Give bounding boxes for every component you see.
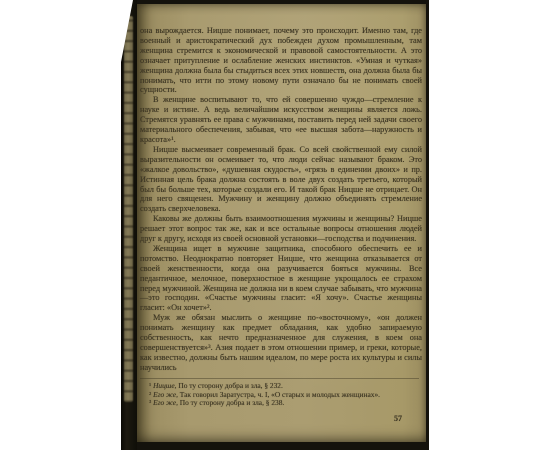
footnote-marker: ² <box>149 390 151 399</box>
paragraph: Каковы же должны быть взаимоотношения му… <box>140 214 422 244</box>
page-text: она вырождается. Ницше понимает, почему … <box>140 26 422 408</box>
footnote-marker: ¹ <box>149 381 151 390</box>
book-page: она вырождается. Ницше понимает, почему … <box>137 4 426 442</box>
footnote: ³ Его же, По ту сторону добра и зла, § 2… <box>140 399 422 408</box>
footnote-author: Его же, <box>153 390 178 399</box>
paragraph: Женщина ищет в мужчине защитника, способ… <box>140 244 422 313</box>
paragraph: Муж же обязан мыслить о женщине по-«вост… <box>140 313 422 372</box>
page-number: 57 <box>394 414 402 423</box>
paragraph: она вырождается. Ницше понимает, почему … <box>140 26 422 95</box>
photo-corner-cutoff <box>121 0 133 62</box>
book-gutter-shadow <box>121 0 137 450</box>
book-photo: она вырождается. Ницше понимает, почему … <box>121 0 429 450</box>
footnote-separator <box>140 378 419 379</box>
footnote-author: Ницше, <box>153 381 176 390</box>
footnote-marker: ³ <box>149 398 151 407</box>
paragraph: Ницше высмеивает современный брак. Со вс… <box>140 145 422 214</box>
adjacent-page-edge <box>124 16 133 402</box>
screenshot-background: она вырождается. Ницше понимает, почему … <box>0 0 550 450</box>
footnotes: ¹ Ницше, По ту сторону добра и зла, § 23… <box>140 382 422 408</box>
footnote-author: Его же, <box>153 398 178 407</box>
footnote-text: По ту сторону добра и зла, § 232. <box>178 381 282 390</box>
footnote-text: Так говорил Заратустра, ч. I, «О старых … <box>180 390 380 399</box>
paragraph: В женщине воспитывают то, что ей соверше… <box>140 95 422 145</box>
footnote-text: По ту сторону добра и зла, § 238. <box>180 398 284 407</box>
